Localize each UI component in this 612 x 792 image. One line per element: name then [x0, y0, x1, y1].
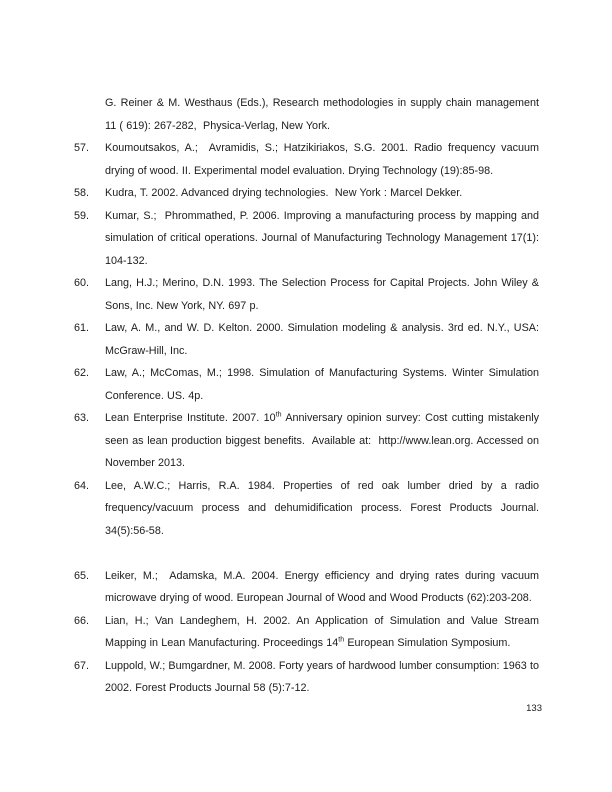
reference-text: Law, A.; McComas, M.; 1998. Simulation o…	[105, 362, 539, 407]
reference-text: Lean Enterprise Institute. 2007. 10th An…	[105, 407, 539, 475]
reference-number: 62.	[74, 362, 102, 385]
reference-item: 58. Kudra, T. 2002. Advanced drying tech…	[74, 182, 539, 205]
reference-text: Luppold, W.; Bumgardner, M. 2008. Forty …	[105, 655, 539, 700]
ordinal-superscript: th	[338, 636, 344, 643]
reference-item: 66. Lian, H.; Van Landeghem, H. 2002. An…	[74, 610, 539, 655]
reference-item: 61. Law, A. M., and W. D. Kelton. 2000. …	[74, 317, 539, 362]
reference-item: 64. Lee, A.W.C.; Harris, R.A. 1984. Prop…	[74, 475, 539, 543]
reference-text: Kudra, T. 2002. Advanced drying technolo…	[105, 182, 539, 205]
reference-item: G. Reiner & M. Westhaus (Eds.), Research…	[74, 92, 539, 137]
reference-item: 63. Lean Enterprise Institute. 2007. 10t…	[74, 407, 539, 475]
reference-text: G. Reiner & M. Westhaus (Eds.), Research…	[105, 92, 539, 137]
reference-number: 58.	[74, 182, 102, 205]
reference-number: 59.	[74, 205, 102, 228]
reference-text: Lee, A.W.C.; Harris, R.A. 1984. Properti…	[105, 475, 539, 543]
reference-number: 57.	[74, 137, 102, 160]
reference-item: 60. Lang, H.J.; Merino, D.N. 1993. The S…	[74, 272, 539, 317]
reference-number: 66.	[74, 610, 102, 633]
reference-number: 61.	[74, 317, 102, 340]
reference-text: Koumoutsakos, A.; Avramidis, S.; Hatziki…	[105, 137, 539, 182]
reference-number: 65.	[74, 565, 102, 588]
reference-item: 67. Luppold, W.; Bumgardner, M. 2008. Fo…	[74, 655, 539, 700]
reference-text: Lang, H.J.; Merino, D.N. 1993. The Selec…	[105, 272, 539, 317]
reference-text: Leiker, M.; Adamska, M.A. 2004. Energy e…	[105, 565, 539, 610]
reference-number: 67.	[74, 655, 102, 678]
reference-number: 64.	[74, 475, 102, 498]
reference-text: Law, A. M., and W. D. Kelton. 2000. Simu…	[105, 317, 539, 362]
reference-number: 60.	[74, 272, 102, 295]
reference-item: 62. Law, A.; McComas, M.; 1998. Simulati…	[74, 362, 539, 407]
document-page: G. Reiner & M. Westhaus (Eds.), Research…	[0, 0, 612, 792]
reference-text: Kumar, S.; Phrommathed, P. 2006. Improvi…	[105, 205, 539, 273]
reference-number: 63.	[74, 407, 102, 430]
reference-item: 59. Kumar, S.; Phrommathed, P. 2006. Imp…	[74, 205, 539, 273]
reference-item: 65. Leiker, M.; Adamska, M.A. 2004. Ener…	[74, 565, 539, 610]
ordinal-superscript: th	[276, 411, 282, 418]
page-number: 133	[520, 703, 542, 715]
references-list: G. Reiner & M. Westhaus (Eds.), Research…	[74, 92, 539, 700]
reference-text: Lian, H.; Van Landeghem, H. 2002. An App…	[105, 610, 539, 655]
reference-item: 57. Koumoutsakos, A.; Avramidis, S.; Hat…	[74, 137, 539, 182]
